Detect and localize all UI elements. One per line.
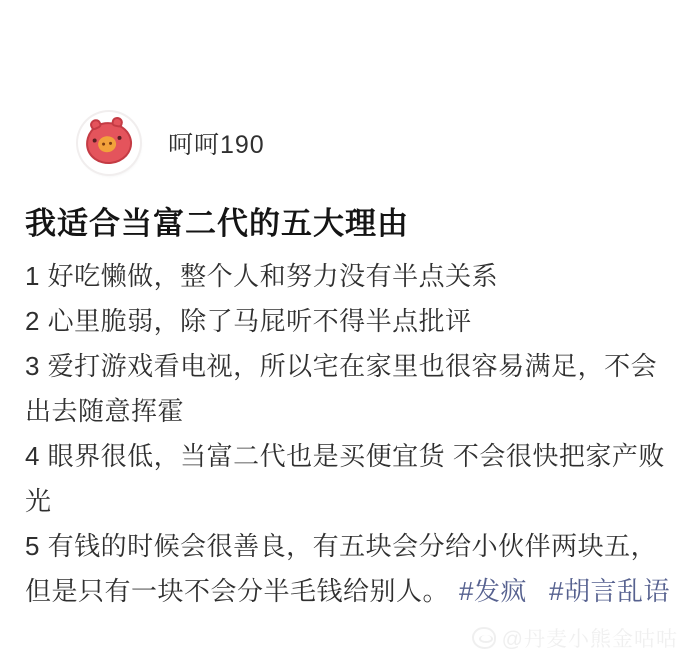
post-line: 出去随意挥霍	[25, 389, 673, 434]
post-line: 5 有钱的时候会很善良，有五块会分给小伙伴两块五，	[25, 524, 673, 569]
post-title: 我适合当富二代的五大理由	[25, 198, 409, 243]
pig-snout-icon	[97, 135, 117, 153]
watermark-text: @丹麦小熊金咕咕	[502, 623, 678, 653]
pig-eye-icon	[117, 136, 121, 140]
post-line-with-hashtags: 但是只有一块不会分半毛钱给别人。#发疯#胡言乱语	[25, 569, 673, 614]
weibo-post-screenshot: { "user": { "name": "呵呵190", "avatar_des…	[0, 0, 690, 661]
pig-avatar-icon	[84, 120, 134, 167]
post-line: 1 好吃懒做，整个人和努力没有半点关系	[25, 254, 673, 299]
post-line: 光	[25, 479, 673, 524]
post-line: 4 眼界很低，当富二代也是买便宜货 不会很快把家产败	[25, 434, 673, 479]
user-header: 呵呵190	[78, 112, 265, 174]
watermark-doodle-icon	[472, 627, 496, 649]
watermark: @丹麦小熊金咕咕	[472, 623, 678, 653]
hashtag-link[interactable]: #发疯	[459, 576, 527, 606]
post-line: 3 爱打游戏看电视，所以宅在家里也很容易满足，不会	[25, 344, 673, 389]
hashtag-link[interactable]: #胡言乱语	[549, 576, 670, 606]
user-avatar[interactable]	[78, 112, 140, 174]
pig-ear-icon	[111, 116, 124, 128]
post-line-text: 但是只有一块不会分半毛钱给别人。	[25, 576, 449, 606]
username[interactable]: 呵呵190	[168, 125, 265, 161]
pig-eye-icon	[92, 138, 96, 142]
post-body: 1 好吃懒做，整个人和努力没有半点关系 2 心里脆弱，除了马屁听不得半点批评 3…	[25, 254, 673, 614]
pig-ear-icon	[88, 117, 102, 131]
post-line: 2 心里脆弱，除了马屁听不得半点批评	[25, 299, 673, 344]
